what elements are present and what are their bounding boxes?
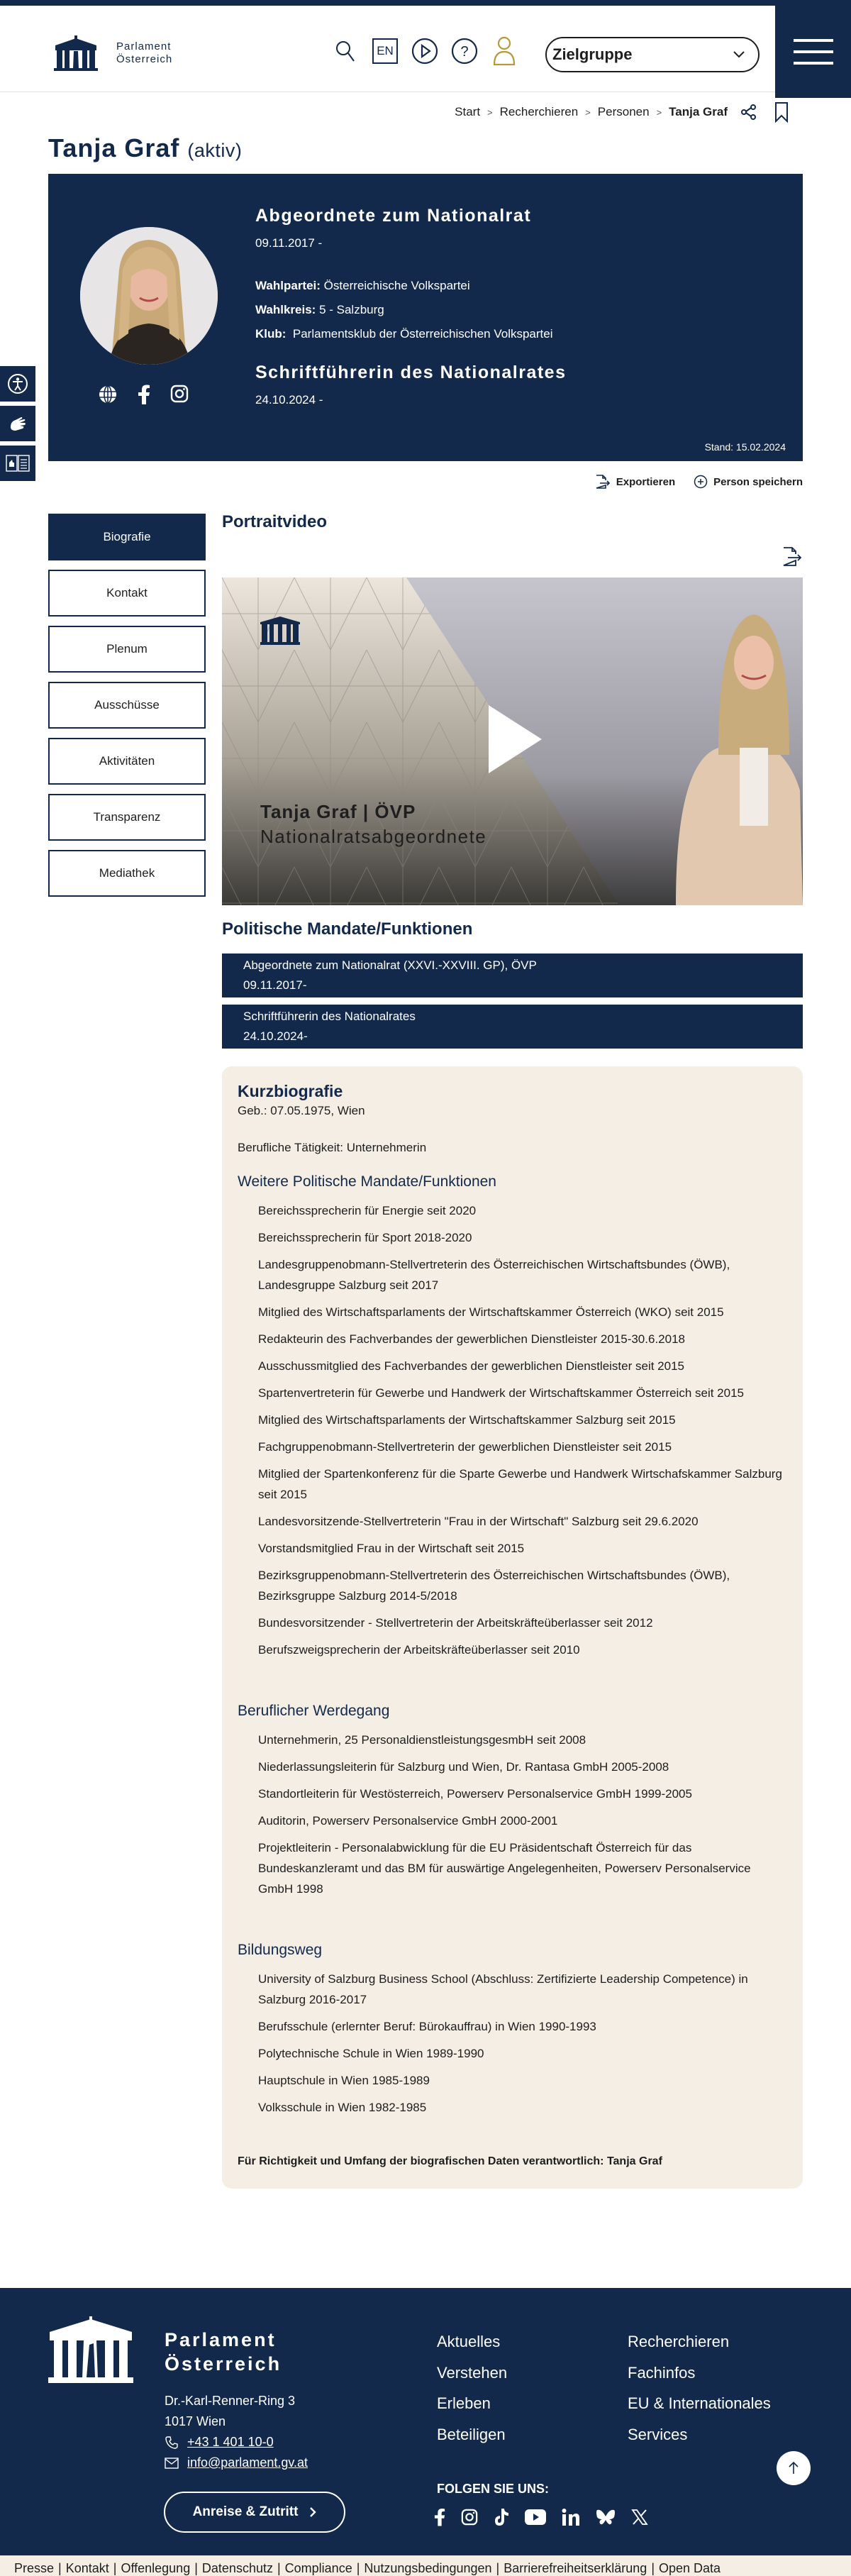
career-item: Standortleiterin für Westösterreich, Pow… xyxy=(258,1784,787,1804)
further-mandates-list: Bereichssprecherin für Energie seit 2020… xyxy=(238,1200,787,1660)
breadcrumb-current: Tanja Graf xyxy=(669,105,728,119)
svg-text:?: ? xyxy=(460,44,468,60)
role1-date: 09.11.2017 - xyxy=(255,236,566,250)
footer-link-fachinfos[interactable]: Fachinfos xyxy=(628,2357,771,2389)
back-to-top-button[interactable] xyxy=(777,2451,811,2485)
klub-value: Parlamentsklub der Österreichischen Volk… xyxy=(293,327,553,341)
user-icon[interactable] xyxy=(491,38,518,65)
mandate-title: Schriftführerin des Nationalrates xyxy=(243,1007,803,1027)
tiktok-icon[interactable] xyxy=(494,2508,509,2526)
parliament-logo-icon[interactable] xyxy=(47,2316,135,2384)
export-icon xyxy=(595,474,611,490)
wahlkreis-row: Wahlkreis: 5 - Salzburg xyxy=(255,303,566,317)
facebook-icon[interactable] xyxy=(434,2508,445,2526)
site-footer: Parlament Österreich Dr.-Karl-Renner-Rin… xyxy=(0,2288,851,2555)
top-strip xyxy=(0,0,851,6)
link-separator: | xyxy=(357,2561,360,2575)
zielgruppe-select[interactable]: Zielgruppe xyxy=(545,37,760,72)
tab-mediathek[interactable]: Mediathek xyxy=(48,850,206,897)
legal-link-nutzungsbedingungen[interactable]: Nutzungsbedingungen xyxy=(364,2561,491,2575)
footer-link-beteiligen[interactable]: Beteiligen xyxy=(437,2419,507,2450)
play-icon[interactable] xyxy=(411,38,438,65)
breadcrumb-separator: > xyxy=(487,107,493,118)
instagram-icon[interactable] xyxy=(461,2509,478,2526)
breadcrumb-personen[interactable]: Personen xyxy=(598,105,650,119)
klub-row: Klub: Parlamentsklub der Österreichische… xyxy=(255,327,566,341)
menu-icon-bar xyxy=(794,62,833,65)
breadcrumb: Start > Recherchieren > Personen > Tanja… xyxy=(455,101,789,123)
career-item: Projektleiterin - Personalabwicklung für… xyxy=(258,1837,787,1899)
klub-label: Klub: xyxy=(255,327,286,341)
link-separator: | xyxy=(496,2561,500,2575)
video-overlay-title: Tanja Graf | ÖVP xyxy=(260,801,486,823)
role1-title: Abgeordnete zum Nationalrat xyxy=(255,206,566,226)
person-status: (aktiv) xyxy=(187,140,242,161)
tab-kontakt[interactable]: Kontakt xyxy=(48,570,206,617)
arrow-up-icon xyxy=(788,2461,799,2475)
logo-line1: Parlament xyxy=(116,40,172,53)
mail-icon xyxy=(165,2458,179,2469)
phone-icon xyxy=(165,2436,179,2450)
save-person-button[interactable]: Person speichern xyxy=(694,474,803,490)
menu-button[interactable] xyxy=(775,6,851,98)
mandates-heading: Politische Mandate/Funktionen xyxy=(222,919,472,939)
chevron-down-icon xyxy=(733,50,745,59)
legal-link-datenschutz[interactable]: Datenschutz xyxy=(202,2561,273,2575)
education-item: Polytechnische Schule in Wien 1989-1990 xyxy=(258,2043,787,2064)
further-mandate-item: Bundesvorsitzender - Stellvertreterin de… xyxy=(258,1613,787,1633)
bio-born: Geb.: 07.05.1975, Wien xyxy=(238,1101,787,1121)
export-label: Exportieren xyxy=(616,476,675,488)
breadcrumb-separator: > xyxy=(585,107,591,118)
follow-us-label: FOLGEN SIE UNS: xyxy=(437,2482,549,2497)
footer-nav-col2: Recherchieren Fachinfos EU & Internation… xyxy=(628,2326,771,2450)
chevron-right-icon xyxy=(309,2506,316,2518)
career-item: Unternehmerin, 25 Personaldienstleistung… xyxy=(258,1730,787,1750)
linkedin-icon[interactable] xyxy=(562,2508,580,2526)
portrait-video-player[interactable]: Tanja Graf | ÖVP Nationalratsabgeordnete xyxy=(222,577,803,905)
further-mandate-item: Mitglied des Wirtschaftsparlaments der W… xyxy=(258,1410,787,1430)
breadcrumb-separator: > xyxy=(657,107,662,118)
youtube-icon[interactable] xyxy=(525,2509,546,2525)
further-mandate-item: Bezirksgruppenobmann-Stellvertreterin de… xyxy=(258,1565,787,1606)
address-city: 1017 Wien xyxy=(165,2411,308,2432)
mandate-title: Abgeordnete zum Nationalrat (XXVI.-XXVII… xyxy=(243,956,803,975)
person-hero-card: Abgeordnete zum Nationalrat 09.11.2017 -… xyxy=(48,174,803,461)
link-separator: | xyxy=(113,2561,117,2575)
facebook-icon[interactable] xyxy=(138,385,150,404)
mandate-item[interactable]: Abgeordnete zum Nationalrat (XXVI.-XXVII… xyxy=(222,953,803,997)
bookmark-icon[interactable] xyxy=(774,101,789,123)
address-street: Dr.-Karl-Renner-Ring 3 xyxy=(165,2391,308,2411)
link-separator: | xyxy=(651,2561,655,2575)
stand-date: Stand: 15.02.2024 xyxy=(705,441,786,453)
legal-link-kontakt[interactable]: Kontakt xyxy=(66,2561,109,2575)
legal-link-offenlegung[interactable]: Offenlegung xyxy=(121,2561,190,2575)
bluesky-icon[interactable] xyxy=(596,2509,616,2526)
career-item: Auditorin, Powerserv Personalservice Gmb… xyxy=(258,1811,787,1831)
plus-circle-icon xyxy=(694,475,708,489)
page-title: Tanja Graf (aktiv) xyxy=(48,133,242,163)
save-person-label: Person speichern xyxy=(713,476,803,488)
further-mandate-item: Landesvorsitzende-Stellvertreterin "Frau… xyxy=(258,1511,787,1532)
bio-heading: Kurzbiografie xyxy=(238,1082,787,1101)
zielgruppe-value: Zielgruppe xyxy=(552,45,632,64)
export-button[interactable]: Exportieren xyxy=(595,474,675,490)
menu-icon-bar xyxy=(794,39,833,42)
mandate-date: 09.11.2017- xyxy=(243,975,803,995)
footer-title-line1: Parlament xyxy=(165,2328,282,2352)
site-header: Parlament Österreich EN ? Zielgruppe xyxy=(0,6,851,92)
legal-link-compliance[interactable]: Compliance xyxy=(285,2561,352,2575)
person-portrait xyxy=(80,227,218,365)
footer-link-eu-internationales[interactable]: EU & Internationales xyxy=(628,2388,771,2419)
further-mandate-item: Fachgruppenobmann-Stellvertreterin der g… xyxy=(258,1437,787,1457)
link-separator: | xyxy=(58,2561,62,2575)
career-item: Niederlassungsleiterin für Salzburg und … xyxy=(258,1757,787,1777)
wahlpartei-value: Österreichische Volkspartei xyxy=(324,279,470,292)
short-biography: Kurzbiografie Geb.: 07.05.1975, Wien Ber… xyxy=(222,1066,803,2189)
further-mandate-item: Redakteurin des Fachverbandes der gewerb… xyxy=(258,1329,787,1349)
footer-address: Dr.-Karl-Renner-Ring 3 1017 Wien +43 1 4… xyxy=(165,2391,308,2473)
parliament-logo-icon xyxy=(51,35,101,71)
footer-title-line2: Österreich xyxy=(165,2352,282,2376)
footer-social-links xyxy=(434,2508,648,2526)
education-item: Volksschule in Wien 1982-1985 xyxy=(258,2097,787,2118)
footer-link-aktuelles[interactable]: Aktuelles xyxy=(437,2326,507,2357)
person-name: Tanja Graf xyxy=(48,133,179,162)
accessibility-icon[interactable] xyxy=(0,366,35,402)
wahlpartei-row: Wahlpartei: Österreichische Volkspartei xyxy=(255,279,566,293)
further-mandate-item: Landesgruppenobmann-Stellvertreterin des… xyxy=(258,1254,787,1295)
help-icon[interactable]: ? xyxy=(451,38,478,65)
bio-responsibility-note: Für Richtigkeit und Umfang der biografis… xyxy=(238,2152,787,2172)
education-item: Berufsschule (erlernter Beruf: Bürokauff… xyxy=(258,2016,787,2037)
further-mandates-heading: Weitere Politische Mandate/Funktionen xyxy=(238,1173,787,1190)
tab-ausschuesse[interactable]: Ausschüsse xyxy=(48,682,206,729)
sign-language-icon[interactable] xyxy=(0,406,35,441)
education-item: University of Salzburg Business School (… xyxy=(258,1969,787,2010)
footer-email-link[interactable]: info@parlament.gv.at xyxy=(187,2453,308,2473)
breadcrumb-recherchieren[interactable]: Recherchieren xyxy=(500,105,579,119)
further-mandate-item: Ausschussmitglied des Fachverbandes der … xyxy=(258,1356,787,1376)
breadcrumb-start[interactable]: Start xyxy=(455,105,480,119)
x-icon[interactable] xyxy=(631,2509,648,2526)
career-list: Unternehmerin, 25 Personaldienstleistung… xyxy=(238,1730,787,1899)
search-icon[interactable] xyxy=(332,38,359,65)
wahlkreis-value: 5 - Salzburg xyxy=(319,303,384,316)
mandate-date: 24.10.2024- xyxy=(243,1027,803,1046)
mandate-item[interactable]: Schriftführerin des Nationalrates 24.10.… xyxy=(222,1005,803,1049)
legal-link-barrierefreiheitserkl-rung[interactable]: Barrierefreiheitserklärung xyxy=(504,2561,647,2575)
further-mandate-item: Mitglied der Spartenkonferenz für die Sp… xyxy=(258,1464,787,1505)
anreise-label: Anreise & Zutritt xyxy=(193,2504,299,2520)
further-mandate-item: Mitglied des Wirtschaftsparlaments der W… xyxy=(258,1302,787,1322)
footer-link-services[interactable]: Services xyxy=(628,2419,771,2450)
further-mandate-item: Berufszweigsprecherin der Arbeitskräfteü… xyxy=(258,1640,787,1660)
instagram-icon[interactable] xyxy=(170,385,189,403)
tab-aktivitaeten[interactable]: Aktivitäten xyxy=(48,738,206,785)
language-label: EN xyxy=(372,38,398,64)
footer-nav-col1: Aktuelles Verstehen Erleben Beteiligen xyxy=(437,2326,507,2450)
footer-link-recherchieren[interactable]: Recherchieren xyxy=(628,2326,771,2357)
role2-date: 24.10.2024 - xyxy=(255,393,566,407)
further-mandate-item: Spartenvertreterin für Gewerbe und Handw… xyxy=(258,1383,787,1403)
wahlpartei-label: Wahlpartei: xyxy=(255,279,321,292)
role2-title: Schriftführerin des Nationalrates xyxy=(255,363,566,383)
education-list: University of Salzburg Business School (… xyxy=(238,1969,787,2118)
anreise-button[interactable]: Anreise & Zutritt xyxy=(164,2492,345,2533)
link-separator: | xyxy=(194,2561,198,2575)
footer-link-erleben[interactable]: Erleben xyxy=(437,2388,507,2419)
bio-occupation: Berufliche Tätigkeit: Unternehmerin xyxy=(238,1138,787,1158)
site-logo[interactable]: Parlament Österreich xyxy=(51,35,172,71)
career-heading: Beruflicher Werdegang xyxy=(238,1703,787,1720)
wahlkreis-label: Wahlkreis: xyxy=(255,303,316,316)
tab-biografie[interactable]: Biografie xyxy=(48,514,206,560)
legal-link-presse[interactable]: Presse xyxy=(14,2561,54,2575)
further-mandate-item: Bereichssprecherin für Energie seit 2020 xyxy=(258,1200,787,1221)
footer-link-verstehen[interactable]: Verstehen xyxy=(437,2357,507,2389)
easy-read-icon[interactable] xyxy=(0,446,35,481)
share-icon[interactable] xyxy=(740,104,757,121)
education-item: Hauptschule in Wien 1985-1989 xyxy=(258,2070,787,2091)
further-mandate-item: Vorstandsmitglied Frau in der Wirtschaft… xyxy=(258,1538,787,1559)
legal-links-bar: Presse|Kontakt|Offenlegung|Datenschutz|C… xyxy=(0,2555,851,2576)
video-export-icon[interactable] xyxy=(782,546,803,571)
menu-icon-bar xyxy=(794,50,833,53)
mandates-list: Abgeordnete zum Nationalrat (XXVI.-XXVII… xyxy=(222,953,803,1056)
link-separator: | xyxy=(277,2561,281,2575)
video-overlay-subtitle: Nationalratsabgeordnete xyxy=(260,826,486,848)
accessibility-toolbar xyxy=(0,366,37,485)
education-heading: Bildungsweg xyxy=(238,1942,787,1959)
portraitvideo-heading: Portraitvideo xyxy=(222,512,327,532)
legal-link-open-data[interactable]: Open Data xyxy=(659,2561,721,2575)
person-actions: Exportieren Person speichern xyxy=(595,474,803,490)
tab-transparenz[interactable]: Transparenz xyxy=(48,794,206,841)
tab-plenum[interactable]: Plenum xyxy=(48,626,206,673)
person-subnav: Biografie Kontakt Plenum Ausschüsse Akti… xyxy=(48,514,206,906)
logo-line2: Österreich xyxy=(116,53,172,66)
globe-icon[interactable] xyxy=(98,385,118,404)
footer-phone-link[interactable]: +43 1 401 10-0 xyxy=(187,2432,274,2453)
further-mandate-item: Bereichssprecherin für Sport 2018-2020 xyxy=(258,1227,787,1248)
language-switch-button[interactable]: EN xyxy=(372,38,399,65)
